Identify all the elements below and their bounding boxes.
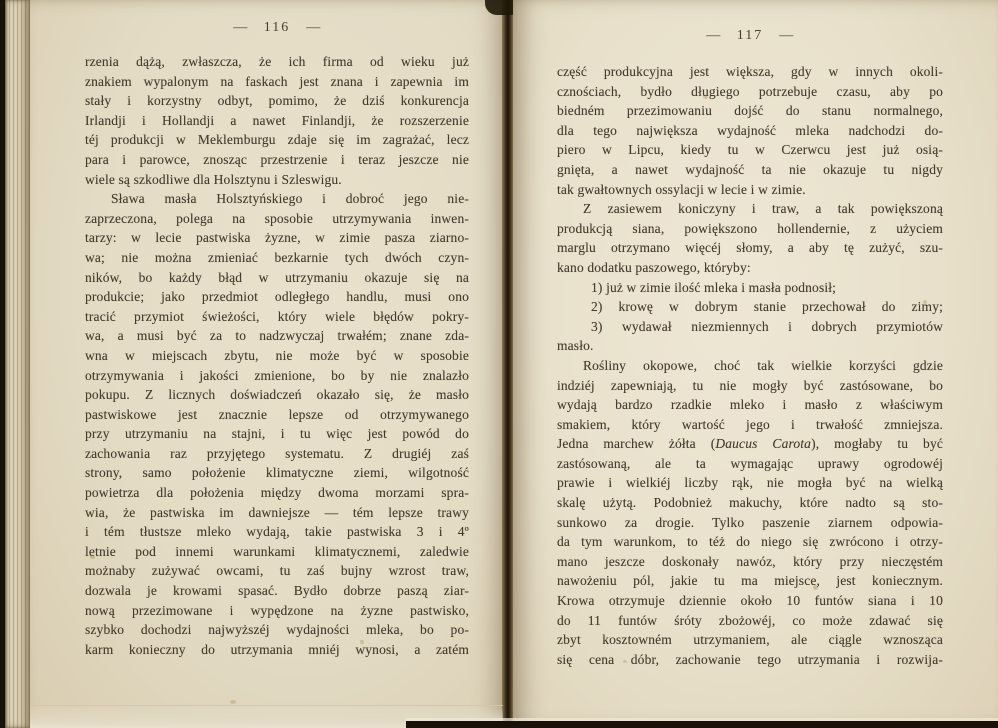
text-line: tak gwałtownych ossylacji w lecie i w zi… bbox=[557, 180, 943, 200]
text-line: część produkcyjna jest większa, gdy w in… bbox=[557, 62, 943, 82]
text-line: rzenia dążą, zwłaszcza, że ich firma od … bbox=[85, 52, 469, 72]
text-line: indziéj zapewniają, tu nie mogły być zas… bbox=[557, 376, 943, 396]
right-page-text-block: część produkcyjna jest większa, gdy w in… bbox=[557, 62, 943, 669]
text-line: stały i korzystny odbyt, pomimo, że dziś… bbox=[85, 91, 469, 111]
right-page: —117— część produkcyjna jest większa, gd… bbox=[513, 0, 998, 728]
text-line: dozwala je krowami spasać. Bydło dobrze … bbox=[85, 581, 469, 601]
paper-stain bbox=[230, 700, 236, 704]
text-line: da tym warunkom, to téż do niego się zwr… bbox=[557, 532, 943, 552]
paper-stain bbox=[623, 660, 627, 663]
text-line: Sława masła Holsztyńskiego i dobroć jego… bbox=[85, 189, 469, 209]
right-page-header: —117— bbox=[557, 28, 943, 44]
text-line: znakiem wypalonym na faskach jest znana … bbox=[85, 72, 469, 92]
text-line: kano dodatku paszowego, któryby: bbox=[557, 258, 943, 278]
text-line: gnięta, a nawet wydajność ta nie okazuje… bbox=[557, 160, 943, 180]
text-line: tracić przymiot świeżości, który wiele b… bbox=[85, 307, 469, 327]
stacked-page-edges bbox=[5, 0, 30, 728]
text-line: 3) wydawał niezmiennych i dobrych przymi… bbox=[557, 317, 943, 337]
text-line: cznościach, bydło długiego potrzebuje cz… bbox=[557, 82, 943, 102]
text-line: masło. bbox=[557, 336, 943, 356]
text-line: zastósowaną, ale ta wymagając uprawy ogr… bbox=[557, 454, 943, 474]
text-line: Krowa otrzymuje dziennie około 10 funtów… bbox=[557, 591, 943, 611]
paper-stain bbox=[703, 95, 708, 99]
text-line: smakiem, który wartość jego i trwałość z… bbox=[557, 415, 943, 435]
header-dash-left: — bbox=[233, 20, 248, 35]
text-line: szybko dochodzi najwyższéj wydajności ml… bbox=[85, 620, 469, 640]
text-line: i tém tłustsze mleko wydają, takie pastw… bbox=[85, 522, 469, 542]
text-line: Z zasiewem koniczyny i traw, a tak powię… bbox=[557, 199, 943, 219]
text-line: wa, a musi być za to nadzwyczaj trwałém;… bbox=[85, 326, 469, 346]
text-line: zaprzeczona, polega na sposobie utrzymyw… bbox=[85, 209, 469, 229]
left-page-number: 116 bbox=[264, 20, 290, 35]
text-line: możnaby zużywać owcami, tu zaś bujny wzr… bbox=[85, 561, 469, 581]
text-line: Jedna marchew żółta (Daucus Carota), mog… bbox=[557, 434, 943, 454]
paper-stain bbox=[923, 300, 927, 304]
text-line: ników, bo każdy błąd w utrzymaniu okazuj… bbox=[85, 268, 469, 288]
paper-stain bbox=[813, 585, 818, 590]
text-line: nową przezimowane i wypędzone na żyzne p… bbox=[85, 601, 469, 621]
text-line: prawie i wielkiéj liczby rąk, nie mogła … bbox=[557, 473, 943, 493]
header-dash-left: — bbox=[706, 28, 721, 43]
text-line: dla tego największa wydajność mleka nadc… bbox=[557, 121, 943, 141]
text-line: biedném przezimowaniu dojść do stanu nor… bbox=[557, 101, 943, 121]
text-line: para i parowce, znosząc przestrzenie i t… bbox=[85, 150, 469, 170]
text-line: pastwiskowe jest znacznie lepsze od otrz… bbox=[85, 405, 469, 425]
text-line: téj produkcji w Meklemburgu zdaje się im… bbox=[85, 130, 469, 150]
text-line: 2) krowę w dobrym stanie przechował do z… bbox=[557, 297, 943, 317]
paper-stain bbox=[360, 640, 364, 644]
text-line: marglu otrzymano więcéj słomy, a aby tę … bbox=[557, 238, 943, 258]
text-line: otrzymywania i jakości zmienione, bo by … bbox=[85, 366, 469, 386]
left-page-text-block: rzenia dążą, zwłaszcza, że ich firma od … bbox=[85, 52, 469, 659]
right-page-number: 117 bbox=[737, 28, 763, 43]
text-line: wna w miejscach zbytu, nie może być w sp… bbox=[85, 346, 469, 366]
paper-stain bbox=[90, 555, 95, 559]
text-line: Irlandji i Hollandji a nawet Finlandji, … bbox=[85, 111, 469, 131]
text-line: do 11 funtów śróty zbożowéj, co może zda… bbox=[557, 611, 943, 631]
text-line: powietrza dla położenia między dwoma mor… bbox=[85, 483, 469, 503]
header-dash-right: — bbox=[779, 28, 794, 43]
text-line: skalę użytą. Podobnież makuchy, które na… bbox=[557, 493, 943, 513]
text-line: produkcją siana, powiększono hollenderni… bbox=[557, 219, 943, 239]
text-line: sunkowo za drogie. Tylko paszenie ziarne… bbox=[557, 513, 943, 533]
text-line: mano jeszcze doskonały nawóz, który przy… bbox=[557, 552, 943, 572]
text-line: piero w Lipcu, kiedy tu w Czerwcu jest j… bbox=[557, 140, 943, 160]
text-line: letnie pod innemi warunkami klimatycznem… bbox=[85, 542, 469, 562]
text-segment: Jedna marchew żółta ( bbox=[557, 436, 715, 451]
left-page-header: —116— bbox=[85, 20, 469, 36]
text-line: zbyt kosztowném utrzymaniem, ale ciągle … bbox=[557, 630, 943, 650]
text-line: tarzy: w lecie pastwiska żyzne, w zimie … bbox=[85, 228, 469, 248]
text-line: karm konieczny do utrzymania mniéj wynos… bbox=[85, 640, 469, 660]
header-dash-right: — bbox=[306, 20, 321, 35]
text-line: pokupu. Z licznych doświadczeń okazało s… bbox=[85, 385, 469, 405]
text-line: wia, że pastwiska im dawniejsze — tém le… bbox=[85, 503, 469, 523]
bottom-cover-shadow bbox=[406, 721, 998, 728]
text-line: strony, samo położenie klimatyczne ziemi… bbox=[85, 463, 469, 483]
text-line: produkcie; jako przedmiot odległego hand… bbox=[85, 287, 469, 307]
text-line: Rośliny okopowe, choć tak wielkie korzyś… bbox=[557, 356, 943, 376]
species-name-italic: Daucus Carota bbox=[715, 436, 811, 451]
text-line: się cena dóbr, zachowanie tego utrzymani… bbox=[557, 650, 943, 670]
text-segment: ), mogłaby tu być bbox=[811, 436, 943, 451]
left-page: —116— rzenia dążą, zwłaszcza, że ich fir… bbox=[30, 0, 503, 728]
text-line: przy utrzymaniu na stajni, i tu więc jes… bbox=[85, 424, 469, 444]
text-line: wiele są szkodliwe dla Holsztynu i Szles… bbox=[85, 170, 469, 190]
text-line: zachowania raz przyjętego systematu. Z d… bbox=[85, 444, 469, 464]
text-line: nawożeniu pól, jakie tu ma miejsce, jest… bbox=[557, 571, 943, 591]
text-line: 1) już w zimie ilość mleka i masła podno… bbox=[557, 278, 943, 298]
text-line: wydają bardzo rzadkie mleko i masło z wł… bbox=[557, 395, 943, 415]
text-line: wa; nie można zmieniać bezkarnie tych dw… bbox=[85, 248, 469, 268]
